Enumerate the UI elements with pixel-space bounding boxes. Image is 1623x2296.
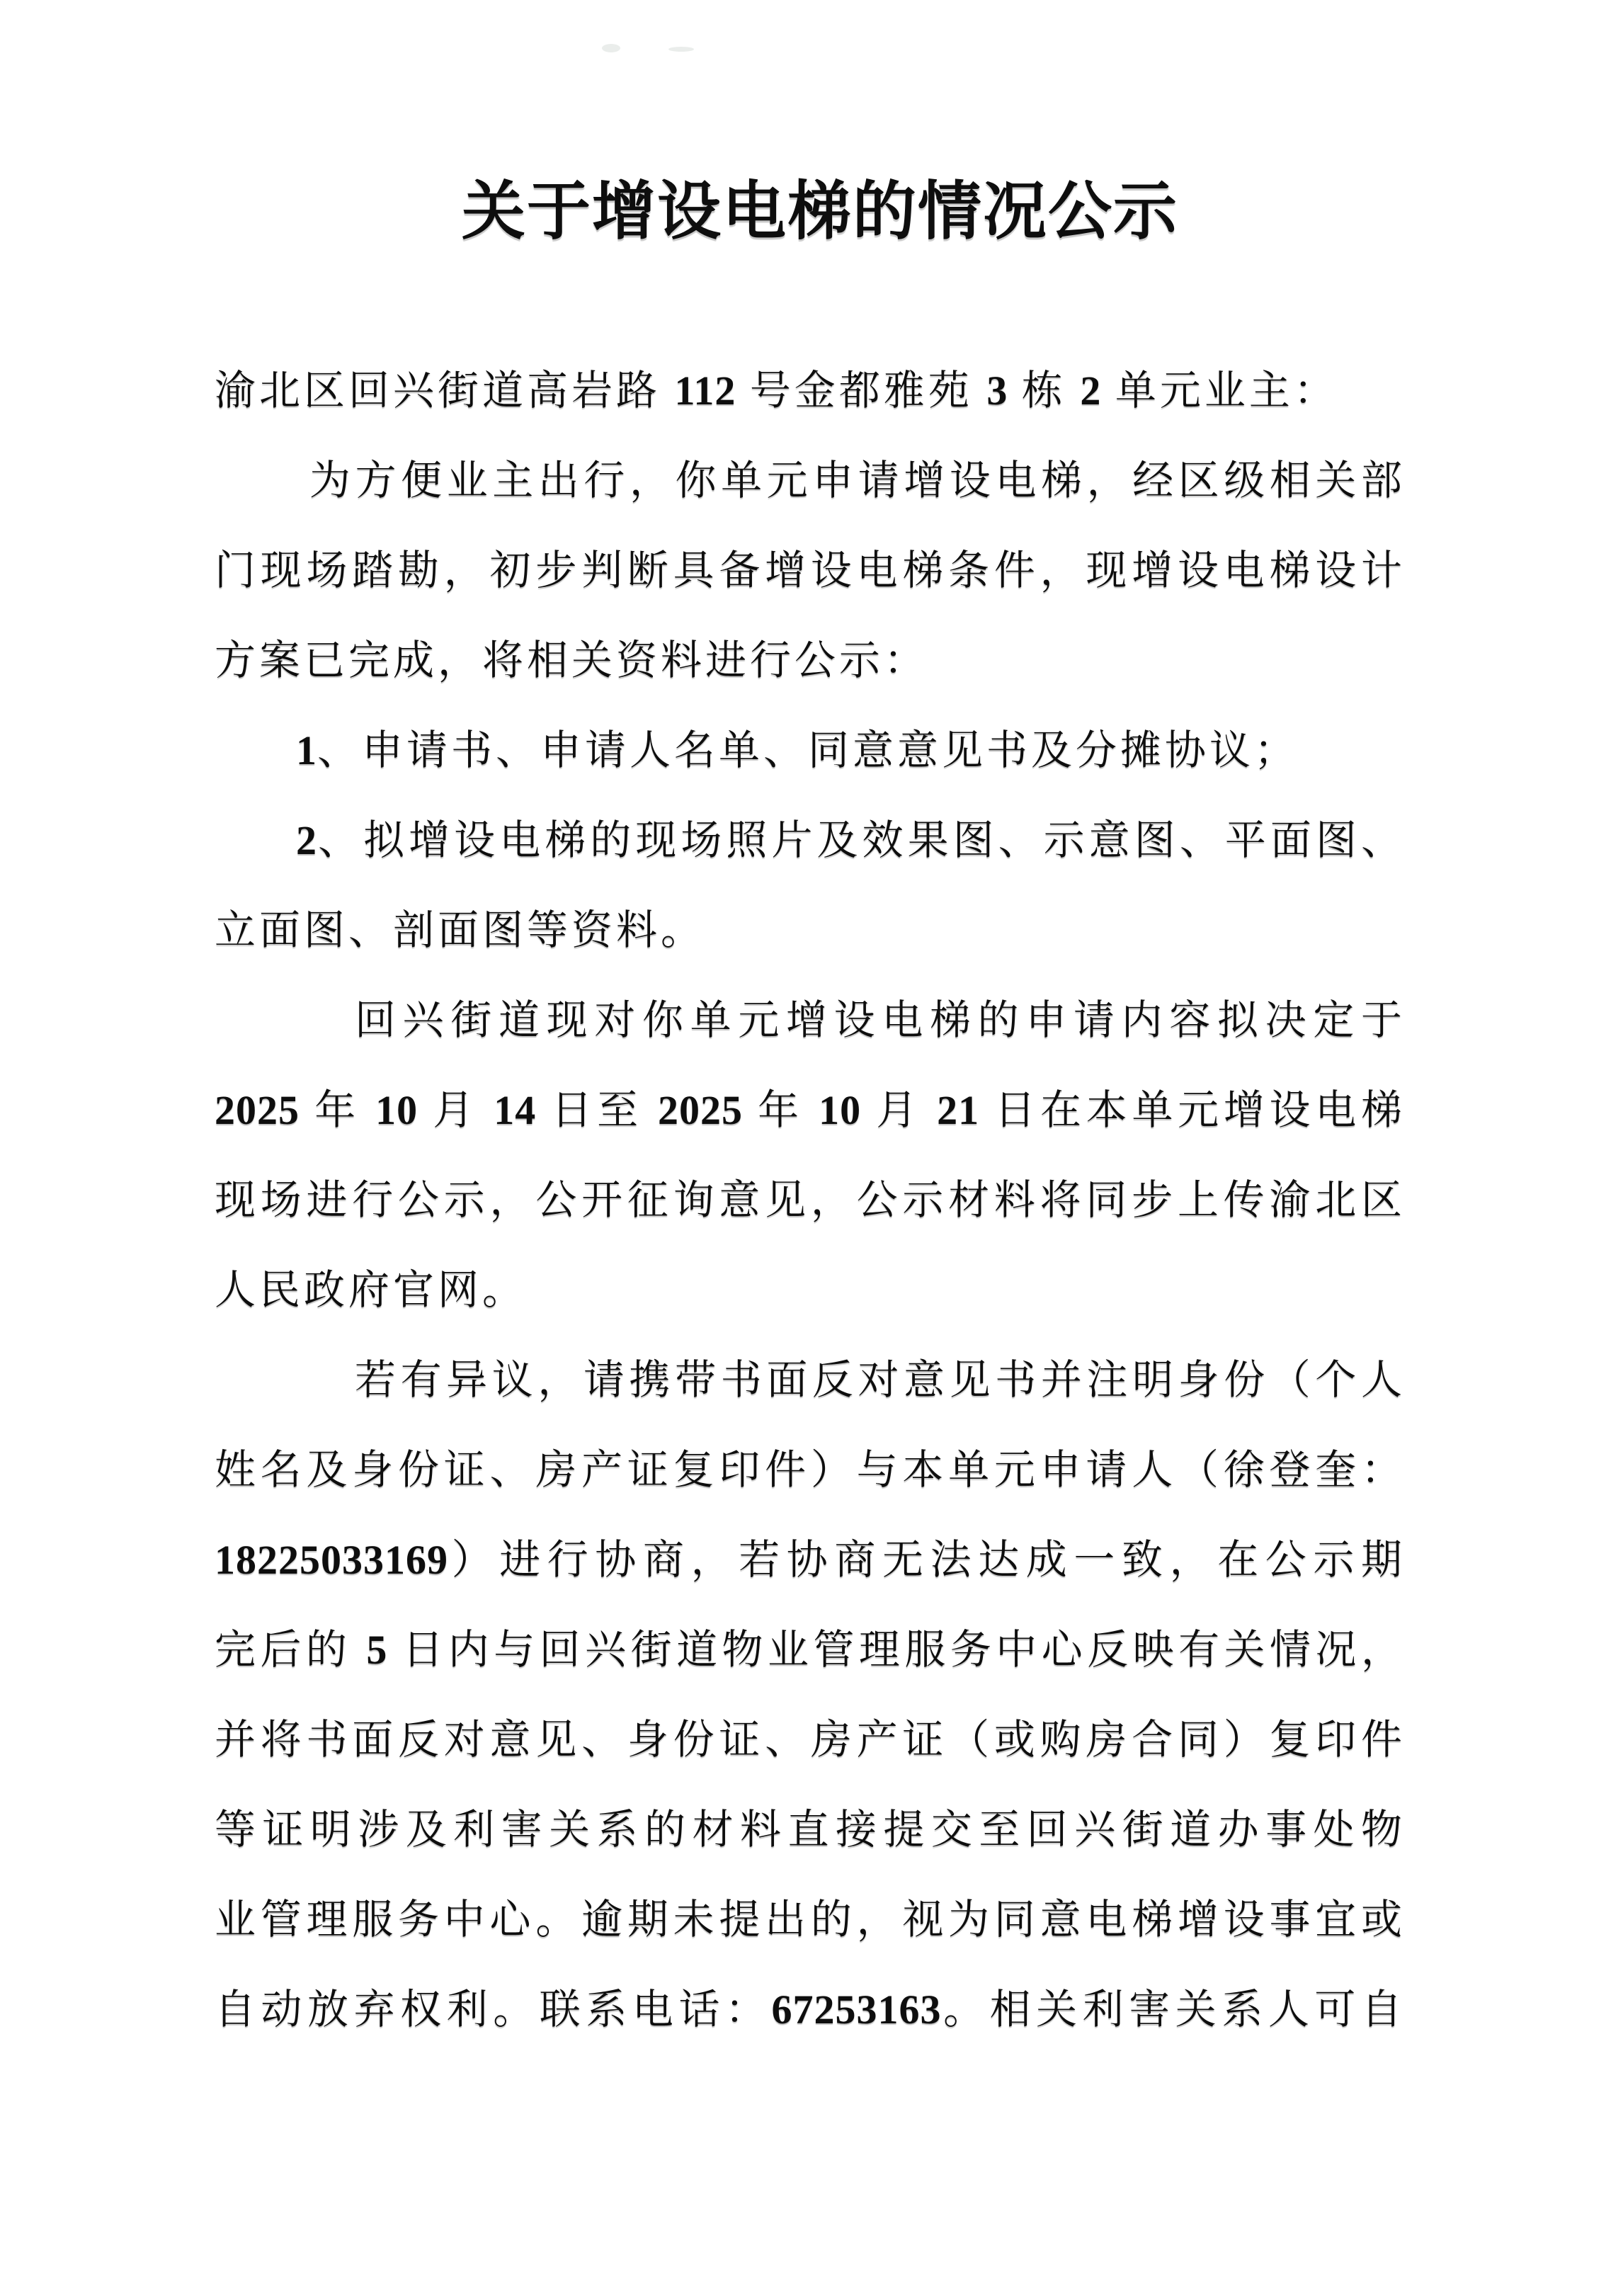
notice-body: 渝北区回兴街道高岩路 112 号金都雅苑 3 栋 2 单元业主：为方便业主出行，… [215, 346, 1406, 2055]
notice-line: 渝北区回兴街道高岩路 112 号金都雅苑 3 栋 2 单元业主： [215, 346, 1406, 436]
notice-line: 回兴街道现对你单元增设电梯的申请内容拟决定于 [215, 975, 1406, 1065]
notice-line: 方案已完成，将相关资料进行公示： [215, 615, 1406, 705]
numeral: 1 [296, 727, 317, 773]
notice-line: 自动放弃权利。联系电话：67253163。相关利害关系人可自 [215, 1965, 1406, 2055]
numeral: 2025 [215, 1087, 300, 1133]
notice-line: 为方便业主出行，你单元申请增设电梯，经区级相关部 [215, 436, 1406, 525]
notice-line: 1、申请书、申请人名单、同意意见书及分摊协议； [215, 705, 1406, 795]
numeral: 112 [675, 368, 736, 414]
notice-line: 业管理服务中心。逾期未提出的，视为同意电梯增设事宜或 [215, 1875, 1406, 1965]
notice-line: 18225033169）进行协商，若协商无法达成一致，在公示期 [215, 1515, 1406, 1605]
numeral: 67253163 [772, 1987, 942, 2033]
notice-line: 现场进行公示，公开征询意见，公示材料将同步上传渝北区 [215, 1155, 1406, 1245]
numeral: 3 [986, 368, 1008, 414]
numeral: 14 [494, 1087, 536, 1133]
notice-line: 门现场踏勘，初步判断具备增设电梯条件，现增设电梯设计 [215, 525, 1406, 615]
notice-title: 关于增设电梯的情况公示 [8, 167, 1623, 257]
numeral: 2025 [658, 1087, 743, 1133]
notice-line: 完后的 5 日内与回兴街道物业管理服务中心反映有关情况， [215, 1605, 1406, 1695]
notice-line: 姓名及身份证、房产证复印件）与本单元申请人（徐登奎： [215, 1425, 1406, 1515]
notice-line: 并将书面反对意见、身份证、房产证（或购房合同）复印件 [215, 1695, 1406, 1785]
numeral: 10 [375, 1087, 418, 1133]
notice-line: 等证明涉及利害关系的材料直接提交至回兴街道办事处物 [215, 1785, 1406, 1875]
scan-artifact [668, 47, 694, 52]
notice-line: 若有异议，请携带书面反对意见书并注明身份（个人 [215, 1335, 1406, 1425]
numeral: 10 [819, 1087, 861, 1133]
scan-artifact [602, 44, 620, 52]
numeral: 5 [366, 1627, 387, 1673]
numeral: 21 [937, 1087, 979, 1133]
numeral: 18225033169 [215, 1537, 448, 1583]
numeral: 2 [1080, 368, 1101, 414]
notice-line: 立面图、剖面图等资料。 [215, 885, 1406, 975]
document-page: 关于增设电梯的情况公示 渝北区回兴街道高岩路 112 号金都雅苑 3 栋 2 单… [0, 0, 1623, 2296]
notice-line: 2、拟增设电梯的现场照片及效果图、示意图、平面图、 [215, 795, 1406, 885]
numeral: 2 [296, 817, 317, 863]
notice-line: 2025 年 10 月 14 日至 2025 年 10 月 21 日在本单元增设… [215, 1065, 1406, 1155]
notice-line: 人民政府官网。 [215, 1245, 1406, 1335]
